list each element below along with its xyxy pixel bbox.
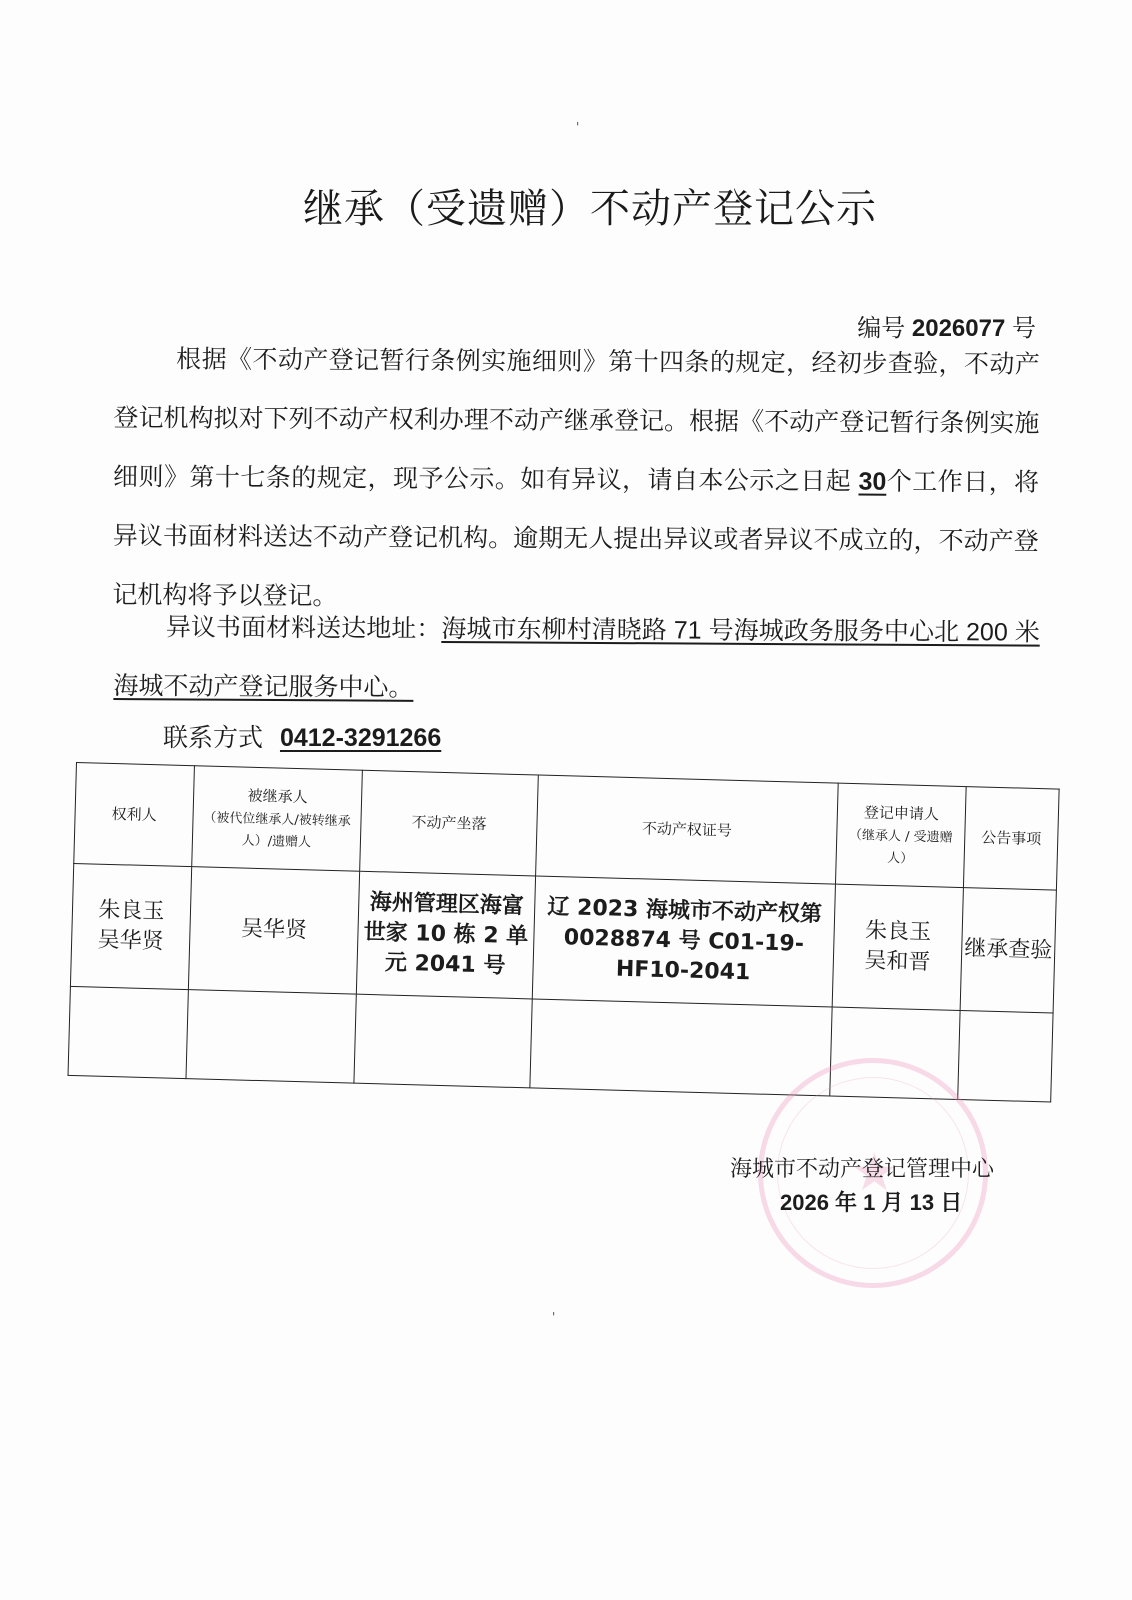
cell-matter: 继承查验 bbox=[960, 888, 1056, 1013]
header-matter: 公告事项 bbox=[963, 787, 1059, 890]
scan-mark: ' bbox=[576, 120, 579, 134]
objection-days: 30 bbox=[858, 468, 886, 496]
cell-certificate: 辽 2023 海城市不动产权第 0028874 号 C01-19-HF10-20… bbox=[532, 876, 835, 1007]
header-location: 不动产坐落 bbox=[360, 770, 539, 876]
notice-paragraph: 根据《不动产登记暂行条例实施细则》第十四条的规定，经初步查验，不动产登记机构拟对… bbox=[112, 330, 1040, 631]
cell-decedent: 吴华贤 bbox=[188, 867, 359, 994]
issue-date: 2026 年 1 月 13 日 bbox=[730, 1186, 994, 1220]
contact-label: 联系方式 bbox=[163, 724, 263, 752]
header-rights-holder: 权利人 bbox=[74, 763, 195, 867]
header-decedent: 被继承人（被代位继承人/被转继承人）/遗赠人 bbox=[192, 766, 363, 872]
issuing-organization: 海城市不动产登记管理中心 bbox=[730, 1156, 994, 1181]
signature-block: 海城市不动产登记管理中心 2026 年 1 月 13 日 bbox=[730, 1152, 994, 1220]
contact-phone: 0412-3291266 bbox=[280, 724, 441, 752]
address-paragraph: 异议书面材料送达地址：海城市东柳村清晓路 71 号海城政务服务中心北 200 米… bbox=[113, 598, 1040, 722]
contact-line: 联系方式 0412-3291266 bbox=[163, 718, 441, 754]
header-certificate: 不动产权证号 bbox=[536, 775, 839, 884]
document-title: 继承（受遗赠）不动产登记公示 bbox=[0, 177, 1132, 234]
header-applicant: 登记申请人（继承人 / 受遗赠人） bbox=[835, 783, 966, 887]
address-label: 异议书面材料送达地址： bbox=[166, 613, 442, 643]
cell-location: 海州管理区海富世家 10 栋 2 单元 2041 号 bbox=[356, 871, 535, 999]
scan-mark: ' bbox=[552, 1310, 555, 1324]
document-page: ' 继承（受遗赠）不动产登记公示 编号 2026077 号 根据《不动产登记暂行… bbox=[0, 0, 1132, 1600]
registration-table: 权利人 被继承人（被代位继承人/被转继承人）/遗赠人 不动产坐落 不动产权证号 … bbox=[68, 762, 1059, 1102]
cell-rights-holder: 朱良玉 吴华贤 bbox=[70, 863, 191, 989]
cell-applicant: 朱良玉 吴和晋 bbox=[832, 884, 963, 1010]
